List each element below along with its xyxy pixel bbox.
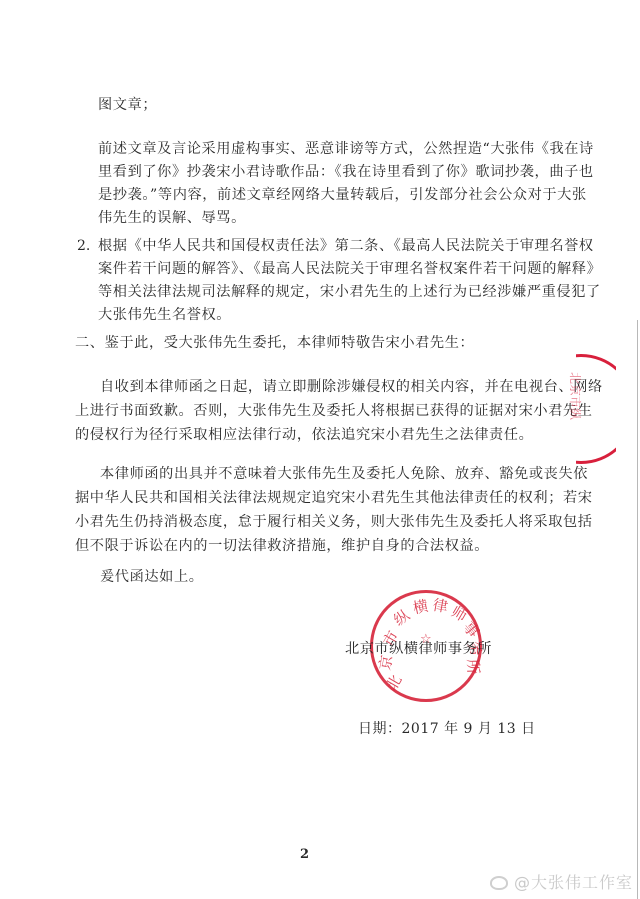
text-line: 伟先生的误解、辱骂。 [98, 209, 246, 227]
closing-text: 爰代函达如上。 [100, 568, 204, 586]
text-line: 但不限于诉讼在内的一切法律救济措施，维护自身的合法权益。 [75, 537, 489, 555]
text-line: 自收到本律师函之日起，请立即删除涉嫌侵权的相关内容，并在电视台、网络 [100, 378, 603, 396]
section-heading: 二、鉴于此，受大张伟先生委托，本律师特敬告宋小君先生： [75, 334, 474, 352]
text-line: 里看到了你》抄袭宋小君诗歌作品：《我在诗里看到了你》歌词抄袭，曲子也 [98, 163, 594, 181]
seal-char: 所 [463, 659, 485, 675]
watermark-text: @大张伟工作室 [514, 873, 633, 892]
letter-date: 日期：2017 年 9 月 13 日 [358, 720, 536, 738]
text-line: 案件若干问题的解答》、《最高人民法院关于审理名誉权案件若干问题的解释》 [98, 260, 601, 278]
page-edge-line [637, 320, 638, 899]
item-number: 2. [77, 237, 90, 255]
text-line: 是抄袭。”等内容，前述文章经网络大量转载后，引发部分社会公众对于大张 [98, 186, 587, 204]
text-line: 等相关法律法规司法解释的规定，宋小君先生的上述行为已经涉嫌严重侵犯了 [98, 283, 601, 301]
partial-seal-text: 北京市纵 [566, 372, 584, 388]
text-line: 小君先生仍持消极态度，怠于履行相关义务，则大张伟先生及委托人将采取包括 [75, 513, 593, 531]
text-line: 根据《中华人民共和国侵权责任法》第二条、《最高人民法院关于审理名誉权 [98, 237, 594, 255]
signature-firm: 北京市纵横律师事务所 [345, 640, 492, 658]
weibo-icon [490, 876, 508, 890]
text-line: 据中华人民共和国相关法律法规规定追究宋小君先生其他法律责任的权利；若宋 [75, 489, 593, 507]
seal-ring-icon [576, 354, 616, 464]
text-line: 上进行书面致歉。否则，大张伟先生及委托人将根据已获得的证据对宋小君先生 [75, 402, 593, 420]
weibo-watermark: @大张伟工作室 [490, 870, 633, 893]
text-line: 前述文章及言论采用虚构事实、恶意诽谤等方式，公然捏造“大张伟《我在诗 [98, 140, 594, 158]
text-line: 大张伟先生名誉权。 [98, 306, 231, 324]
text-line: 本律师函的出具并不意味着大张伟先生及委托人免除、放弃、豁免或丧失依 [100, 465, 588, 483]
letter-page: 图文章； 前述文章及言论采用虚构事实、恶意诽谤等方式，公然捏造“大张伟《我在诗 … [0, 0, 640, 899]
page-number: 2 [300, 847, 309, 862]
partial-seal [576, 350, 616, 475]
text-line: 图文章； [98, 96, 157, 114]
text-line: 的侵权行为径行采取相应法律行动，依法追究宋小君先生之法律责任。 [75, 426, 533, 444]
